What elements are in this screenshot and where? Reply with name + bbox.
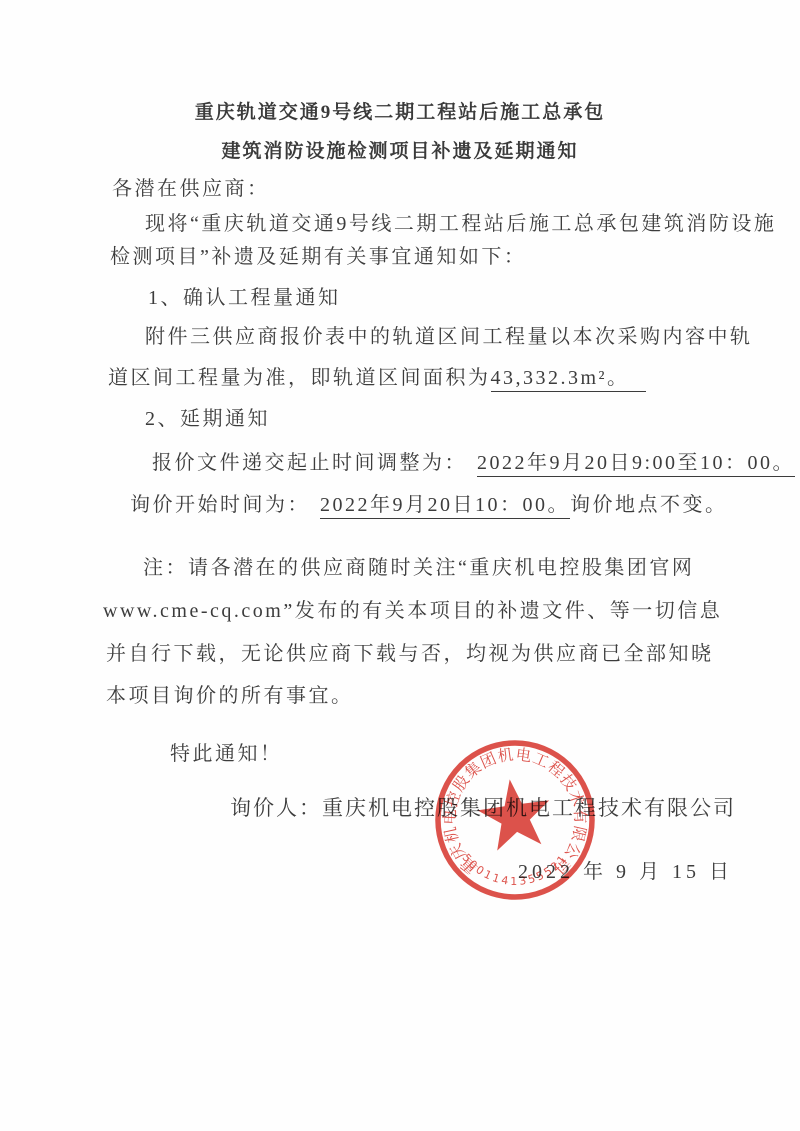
item1-line1: 附件三供应商报价表中的轨道区间工程量以本次采购内容中轨: [145, 320, 753, 349]
seal-star-icon: [478, 779, 550, 850]
item1-line2: 道区间工程量为准，即轨道区间面积为43,332.3m²。: [108, 361, 646, 390]
intro-line1: 现将“重庆轨道交通9号线二期工程站后施工总承包建筑消防设施: [145, 207, 776, 236]
item2-line1-text: 报价文件递交起止时间调整为：: [152, 452, 467, 474]
item2-line2-text: 询价开始时间为：: [130, 494, 310, 516]
deadline-value-underlined: 2022年9月20日9:00至10：00。: [477, 452, 795, 477]
salutation: 各潜在供应商：: [112, 172, 270, 201]
seal-number-text: 5001141355521: [459, 851, 570, 888]
note-line1: 注：请各潜在的供应商随时关注“重庆机电控股集团官网: [143, 551, 694, 580]
document-page: 重庆轨道交通9号线二期工程站后施工总承包 建筑消防设施检测项目补遗及延期通知 各…: [0, 0, 800, 1131]
item2-heading: 2、延期通知: [145, 402, 270, 431]
item2-line2: 询价开始时间为：2022年9月20日10：00。询价地点不变。: [130, 488, 728, 517]
document-title-line2: 建筑消防设施检测项目补遗及延期通知: [0, 136, 800, 163]
note-line2: www.cme-cq.com”发布的有关本项目的补遗文件、等一切信息: [103, 594, 722, 623]
item1-heading: 1、确认工程量通知: [148, 281, 341, 310]
note-line3: 并自行下载，无论供应商下载与否，均视为供应商已全部知晓: [106, 637, 714, 666]
document-title-line1: 重庆轨道交通9号线二期工程站后施工总承包: [0, 97, 800, 124]
item1-line2-text: 道区间工程量为准，即轨道区间面积为: [108, 367, 491, 389]
note-line4: 本项目询价的所有事宜。: [106, 679, 354, 708]
intro-line2: 检测项目”补遗及延期有关事宜通知如下：: [110, 240, 526, 269]
company-seal: 重庆机电控股集团机电工程技术有限公司 5001141355521: [415, 720, 615, 920]
area-value-underlined: 43,332.3m²。: [491, 367, 646, 392]
item2-line1: 报价文件递交起止时间调整为：2022年9月20日9:00至10：00。: [152, 446, 795, 475]
item2-line2-suffix: 询价地点不变。: [570, 494, 728, 516]
closing-statement: 特此通知！: [170, 737, 283, 766]
start-time-value-underlined: 2022年9月20日10：00。: [320, 494, 570, 519]
